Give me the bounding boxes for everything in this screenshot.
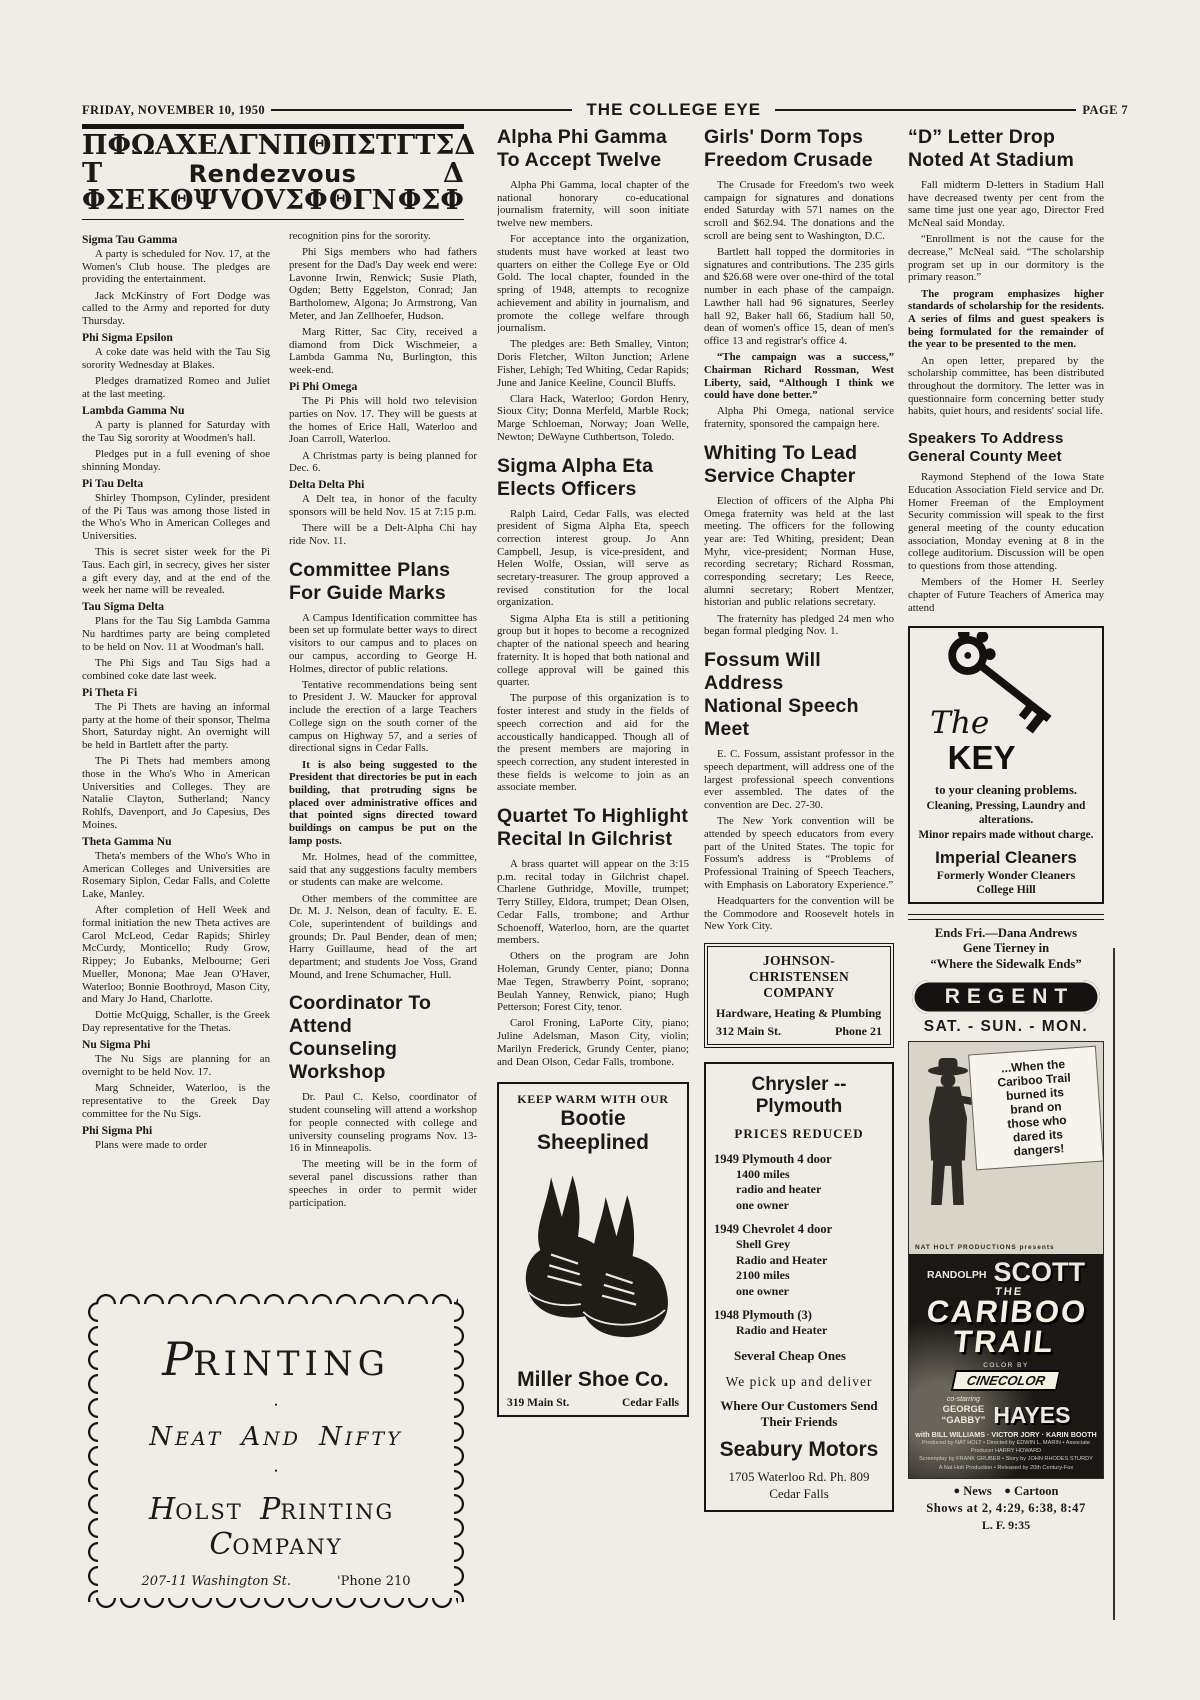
paragraph: Ralph Laird, Cedar Falls, was elected pr…: [497, 508, 689, 610]
color-by-label: COLOR BY: [913, 1362, 1099, 1369]
paragraph: Alpha Phi Omega, national service frater…: [704, 405, 894, 430]
paragraph: The New York convention will be attended…: [704, 815, 894, 891]
paragraph: Tentative recommendations being sent to …: [289, 679, 477, 755]
showtimes: Shows at 2, 4:29, 6:38, 8:47: [908, 1501, 1104, 1516]
masthead: FRIDAY, NOVEMBER 10, 1950 THE COLLEGE EY…: [82, 100, 1128, 120]
paragraph: Plans were made to order: [82, 1139, 270, 1152]
ad-company-name: Seabury Motors: [714, 1438, 884, 1462]
poster-credit-line: Produced by NAT HOLT • Directed by EDWIN…: [913, 1440, 1099, 1455]
star-last-name: SCOTT: [994, 1259, 1086, 1285]
ornate-initial: P: [260, 1492, 280, 1527]
paragraph: Headquarters for the convention will be …: [704, 895, 894, 933]
paragraph: Phi Sigs members who had fathers present…: [289, 246, 477, 322]
paragraph: The purpose of this organization is to f…: [497, 692, 689, 794]
paragraph: A coke date was held with the Tau Sig so…: [82, 346, 270, 371]
newspaper-page: FRIDAY, NOVEMBER 10, 1950 THE COLLEGE EY…: [0, 0, 1200, 1700]
now-showing-line: Ends Fri.—Dana Andrews: [908, 926, 1104, 942]
poster-credit-line: Screenplay by FRANK GRUBER • Story by JO…: [913, 1456, 1099, 1464]
ornate-initial: N: [319, 1422, 345, 1452]
poster-cast-line: with BILL WILLIAMS · VICTOR JORY · KARIN…: [913, 1430, 1099, 1439]
section-heading: Lambda Gamma Nu: [82, 404, 270, 417]
car-detail: Shell Grey: [736, 1237, 884, 1253]
paragraph: recognition pins for the sorority.: [289, 230, 477, 243]
paragraph: Bartlett hall topped the dormitories in …: [704, 246, 894, 348]
now-showing-line: Gene Tierney in: [908, 941, 1104, 957]
article-headline: Committee Plans For Guide Marks: [289, 559, 477, 605]
paragraph: Fall midterm D-letters in Stadium Hall h…: [908, 179, 1104, 230]
ad-slogan: Where Our Customers Send Their Friends: [714, 1398, 884, 1430]
poster-credit-line: A Nat Holt Production • Released by 20th…: [913, 1465, 1099, 1473]
poster-presents-line: NAT HOLT PRODUCTIONS presents: [915, 1244, 1055, 1251]
feature-label: Cartoon: [1014, 1484, 1058, 1498]
ornate-initial: P: [162, 1332, 193, 1386]
now-showing-line: “Where the Sidewalk Ends”: [908, 957, 1104, 973]
paragraph: Other members of the committee are Dr. M…: [289, 893, 477, 982]
miller-shoe-ad: KEEP WARM WITH OUR Bootie Sheeplined Mil…: [497, 1082, 689, 1417]
separator-dot-icon: •: [86, 1400, 466, 1410]
ad-phone: 'Phone 210: [337, 1574, 411, 1589]
ad-company-name: Imperial Cleaners: [916, 848, 1096, 868]
poster-tagline: ...When the Cariboo Trail burned its bra…: [968, 1046, 1103, 1171]
ad-address: 319 Main St.: [507, 1397, 569, 1409]
scallop-border: [94, 1598, 458, 1610]
article-headline: Girls' Dorm Tops Freedom Crusade: [704, 126, 894, 172]
car-model: 1949 Chevrolet 4 door: [714, 1222, 884, 1237]
paragraph: It is also being suggested to the Presid…: [289, 759, 477, 848]
section-heading: Delta Delta Phi: [289, 478, 477, 491]
double-rule: [908, 914, 1104, 920]
section-heading: Tau Sigma Delta: [82, 600, 270, 613]
paragraph: For acceptance into the organization, st…: [497, 233, 689, 335]
section-heading: Pi Tau Delta: [82, 477, 270, 490]
company-word: OMPANY: [232, 1535, 342, 1559]
section-heading: Nu Sigma Phi: [82, 1038, 270, 1051]
paragraph: Alpha Phi Gamma, local chapter of the na…: [497, 179, 689, 230]
section-heading: Phi Sigma Phi: [82, 1124, 270, 1137]
ad-product-name: Sheeplined: [505, 1131, 681, 1155]
scallop-border: [94, 1292, 458, 1304]
holst-printing-ad: PRINTING • NEAT AND NIFTY • HOLST PRINTI…: [86, 1292, 466, 1610]
paragraph: Theta's members of the Who's Who in Amer…: [82, 850, 270, 901]
ad-line: Cleaning, Pressing, Laundry and alterati…: [916, 800, 1096, 827]
ad-line: College Hill: [916, 882, 1096, 896]
car-detail: Radio and Heater: [736, 1253, 884, 1269]
paragraph: Raymond Stephend of the Iowa State Educa…: [908, 471, 1104, 573]
ad-phone: Phone 21: [835, 1024, 882, 1039]
boots-illustration-icon: [510, 1159, 676, 1359]
paragraph: A Delt tea, in honor of the faculty spon…: [289, 493, 477, 518]
ad-services: Hardware, Heating & Plumbing: [716, 1006, 882, 1021]
ornate-initial: C: [209, 1527, 232, 1562]
greek-letter-group: ΣΤΓ: [357, 132, 415, 160]
greek-letter-group: ΤΣΔ: [415, 132, 475, 160]
paragraph: After completion of Hell Week and formal…: [82, 904, 270, 1006]
bullet-icon: ●: [1004, 1485, 1011, 1497]
greek-letter-group: ΠΘΠ: [282, 132, 357, 160]
ad-line: Minor repairs made without charge.: [916, 829, 1096, 843]
key-illustration-icon: The KEY: [916, 632, 1096, 778]
ad-line: Formerly Wonder Cleaners: [916, 868, 1096, 882]
paragraph: There will be a Delt-Alpha Chi hay ride …: [289, 522, 477, 547]
ad-company-name: HOLST PRINTING COMPANY: [86, 1492, 466, 1562]
show-days: SAT. - SUN. - MON.: [908, 1018, 1104, 1036]
car-model: 1948 Plymouth (3): [714, 1308, 884, 1323]
paragraph: The Phi Sigs and Tau Sigs had a combined…: [82, 657, 270, 682]
car-detail: radio and heater: [736, 1182, 884, 1198]
column-2: recognition pins for the sorority. Phi S…: [289, 230, 477, 1288]
paragraph: Others on the program are John Holeman, …: [497, 950, 689, 1014]
car-listing: 1948 Plymouth (3) Radio and Heater: [714, 1308, 884, 1339]
movie-title: TRAIL: [909, 1327, 1098, 1356]
rendezvous-title: Rendezvous: [189, 162, 357, 186]
paragraph: E. C. Fossum, assistant professor in the…: [704, 748, 894, 812]
paragraph: Dr. Paul C. Kelso, coordinator of studen…: [289, 1091, 477, 1155]
column-rule: [1113, 948, 1115, 1620]
article-headline: Whiting To Lead Service Chapter: [704, 442, 894, 488]
imperial-cleaners-ad: The KEY to your cleaning problems. Clean…: [908, 626, 1104, 904]
section-heading: Phi Sigma Epsilon: [82, 331, 270, 344]
johnson-christensen-ad: JOHNSON-CHRISTENSEN COMPANY Hardware, He…: [704, 943, 894, 1048]
ad-company-name: COMPANY: [716, 985, 882, 1001]
ad-city: Cedar Falls: [714, 1485, 884, 1502]
paragraph: Sigma Alpha Eta is still a petitioning g…: [497, 613, 689, 689]
paragraph: A brass quartet will appear on the 3:15 …: [497, 858, 689, 947]
separator-dot-icon: •: [86, 1466, 466, 1476]
ad-title: Chrysler -- Plymouth: [714, 1074, 884, 1118]
article-headline: Speakers To Address General County Meet: [908, 430, 1104, 466]
paragraph: Carol Froning, LaPorte City, piano; Juli…: [497, 1017, 689, 1068]
ad-title: PRINTING: [86, 1332, 466, 1386]
paragraph: The meeting will be in the form of sever…: [289, 1158, 477, 1209]
ad-product-name: Bootie: [505, 1107, 681, 1131]
banner-bottom-rule: [82, 219, 464, 220]
ad-address: 312 Main St.: [716, 1024, 781, 1039]
seabury-motors-ad: Chrysler -- Plymouth PRICES REDUCED 1949…: [704, 1062, 894, 1512]
banner-rule: [82, 124, 464, 129]
masthead-title: THE COLLEGE EYE: [578, 100, 769, 120]
section-heading: Sigma Tau Gamma: [82, 233, 270, 246]
paragraph: Marg Schneider, Waterloo, is the represe…: [82, 1082, 270, 1120]
paragraph: Election of officers of the Alpha Phi Om…: [704, 495, 894, 609]
costar-name: HAYES: [993, 1404, 1070, 1426]
cariboo-trail-movie-poster: ...When the Cariboo Trail burned its bra…: [908, 1041, 1104, 1479]
ad-subtitle: PRICES REDUCED: [714, 1126, 884, 1142]
paragraph: Mr. Holmes, head of the committee, said …: [289, 851, 477, 889]
greek-letter-group: VΟVΣΦ: [220, 187, 328, 215]
article-headline: “D” Letter Drop Noted At Stadium: [908, 126, 1104, 172]
paragraph: Clara Hack, Waterloo; Gordon Henry, Siou…: [497, 393, 689, 444]
costar-name: “GABBY”: [942, 1415, 986, 1426]
paragraph: Jack McKinstry of Fort Dodge was called …: [82, 290, 270, 328]
ad-address: 207-11 Washington St.: [141, 1574, 291, 1589]
article-headline: Alpha Phi Gamma To Accept Twelve: [497, 126, 689, 172]
paragraph: An open letter, prepared by the scholars…: [908, 355, 1104, 419]
ad-line: We pick up and deliver: [714, 1374, 884, 1390]
greek-letter-group: ΦΣΕ: [82, 187, 145, 215]
greek-letters-row-3: ΦΣΕ ΚΘΨ VΟVΣΦ ΘΓΝ ΦΣΦ: [82, 187, 464, 215]
scallop-border: [454, 1300, 466, 1602]
greek-letter-group: T: [82, 160, 102, 187]
greek-letter-group: ΛΓΝ: [218, 132, 283, 160]
masthead-page-number: PAGE 7: [1082, 103, 1128, 118]
paragraph: Members of the Homer H. Seerley chapter …: [908, 576, 1104, 614]
paragraph: The pledges are: Beth Smalley, Vinton; D…: [497, 338, 689, 389]
movie-title: CARIBOO: [912, 1298, 1101, 1327]
ad-line: Several Cheap Ones: [734, 1348, 884, 1364]
article-headline: Fossum Will Address National Speech Meet: [704, 649, 894, 741]
slogan-word: EAT: [175, 1428, 223, 1450]
car-detail: 1400 miles: [736, 1167, 884, 1183]
column-3: Alpha Phi Gamma To Accept Twelve Alpha P…: [497, 126, 689, 1692]
ad-title-rest: RINTING: [193, 1344, 390, 1384]
column-1: Sigma Tau Gamma A party is scheduled for…: [82, 230, 270, 1288]
paragraph: Dottie McQuigg, Schaller, is the Greek D…: [82, 1009, 270, 1034]
greek-letter-group: ΘΓΝ: [329, 187, 396, 215]
bullet-icon: ●: [954, 1485, 961, 1497]
paragraph: The program emphasizes higher standards …: [908, 288, 1104, 352]
paragraph: A Campus Identification committee has be…: [289, 612, 477, 676]
company-word: RINTING: [280, 1500, 394, 1524]
key-ad-key: KEY: [948, 741, 1016, 778]
paragraph: This is secret sister week for the Pi Ta…: [82, 546, 270, 597]
car-detail: Radio and Heater: [736, 1323, 884, 1339]
ad-address: 1705 Waterloo Rd. Ph. 809: [714, 1468, 884, 1485]
masthead-rule: [775, 109, 1076, 111]
masthead-date: FRIDAY, NOVEMBER 10, 1950: [82, 103, 265, 118]
greek-letters-row-1: ΠΦΩ ΑΧΕ ΛΓΝ ΠΘΠ ΣΤΓ ΤΣΔ: [82, 132, 464, 160]
article-headline: Coordinator To Attend Counseling Worksho…: [289, 992, 477, 1084]
article-headline: Sigma Alpha Eta Elects Officers: [497, 455, 689, 501]
car-model: 1949 Plymouth 4 door: [714, 1152, 884, 1167]
feature-label: News: [963, 1484, 991, 1498]
ad-slogan: KEEP WARM WITH OUR: [505, 1092, 681, 1107]
scallop-border: [86, 1300, 98, 1602]
masthead-rule: [271, 109, 572, 111]
cinecolor-badge: CINECOLOR: [951, 1370, 1061, 1391]
paragraph: “Enrollment is not the cause for the dec…: [908, 233, 1104, 284]
column-4: Girls' Dorm Tops Freedom Crusade The Cru…: [704, 126, 894, 1692]
paragraph: A Christmas party is being planned for D…: [289, 450, 477, 475]
key-ad-the: The: [930, 706, 989, 742]
section-heading: Pi Theta Fi: [82, 686, 270, 699]
ad-company-name: JOHNSON-CHRISTENSEN: [716, 953, 882, 985]
ad-line: to your cleaning problems.: [916, 783, 1096, 798]
paragraph: A party is scheduled for Nov. 17, at the…: [82, 248, 270, 286]
slogan-word: IFTY: [345, 1428, 403, 1450]
ad-city: Cedar Falls: [622, 1397, 679, 1409]
greek-rendezvous-banner: ΠΦΩ ΑΧΕ ΛΓΝ ΠΘΠ ΣΤΓ ΤΣΔ T Rendezvous Δ Φ…: [82, 124, 464, 220]
paragraph: The Pi Phis will hold two television par…: [289, 395, 477, 446]
column-5: “D” Letter Drop Noted At Stadium Fall mi…: [908, 126, 1104, 1692]
ornate-initial: N: [149, 1422, 175, 1452]
greek-letter-group: Δ: [443, 160, 464, 187]
greek-letter-group: ΑΧΕ: [155, 132, 217, 160]
ad-company-name: Miller Shoe Co.: [505, 1368, 681, 1392]
section-heading: Pi Phi Omega: [289, 380, 477, 393]
car-detail: one owner: [736, 1198, 884, 1214]
company-word: OLST: [175, 1500, 243, 1524]
paragraph: The Crusade for Freedom's two week campa…: [704, 179, 894, 243]
paragraph: Shirley Thompson, Cylinder, president of…: [82, 492, 270, 543]
paragraph: Pledges dramatized Romeo and Juliet at t…: [82, 375, 270, 400]
paragraph: Marg Ritter, Sac City, received a diamon…: [289, 326, 477, 377]
paragraph: The fraternity has pledged 24 men who be…: [704, 613, 894, 638]
paragraph: “The campaign was a success,” Chairman R…: [704, 351, 894, 402]
section-heading: Theta Gamma Nu: [82, 835, 270, 848]
paragraph: The Pi Thets had members among those in …: [82, 755, 270, 831]
star-first-name: RANDOLPH: [927, 1269, 987, 1285]
ornate-initial: H: [149, 1492, 175, 1527]
paragraph: Plans for the Tau Sig Lambda Gamma Nu ha…: [82, 615, 270, 653]
late-feature-time: L. F. 9:35: [908, 1518, 1104, 1533]
slogan-word: ND: [263, 1428, 301, 1450]
paragraph: The Nu Sigs are planning for an overnigh…: [82, 1053, 270, 1078]
greek-letter-group: ΦΣΦ: [398, 187, 464, 215]
article-headline: Quartet To Highlight Recital In Gilchris…: [497, 805, 689, 851]
car-detail: one owner: [736, 1284, 884, 1300]
greek-letters-row-2: T Rendezvous Δ: [82, 160, 464, 187]
greek-letter-group: ΚΘΨ: [147, 187, 219, 215]
greek-letter-group: ΠΦΩ: [82, 132, 155, 160]
paragraph: Pledges put in a full evening of shoe sh…: [82, 448, 270, 473]
car-listing: 1949 Chevrolet 4 door Shell Grey Radio a…: [714, 1222, 884, 1299]
car-detail: 2100 miles: [736, 1268, 884, 1284]
paragraph: A party is planned for Saturday with the…: [82, 419, 270, 444]
ornate-initial: A: [241, 1422, 263, 1452]
costar-name: GEORGE: [943, 1404, 985, 1415]
regent-theatre-logo: REGENT: [912, 980, 1100, 1014]
car-listing: 1949 Plymouth 4 door 1400 miles radio an…: [714, 1152, 884, 1214]
paragraph: The Pi Thets are having an informal part…: [82, 701, 270, 752]
ad-slogan: NEAT AND NIFTY: [86, 1422, 466, 1452]
